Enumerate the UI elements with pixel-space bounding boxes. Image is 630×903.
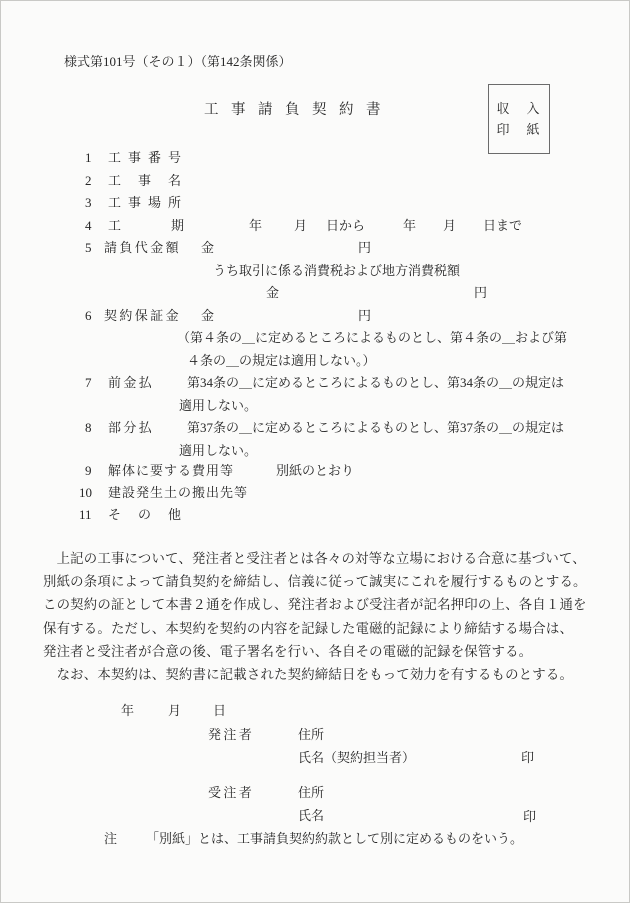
item-9-value: 別紙のとおり — [276, 464, 354, 477]
contract-date-day-label: 日 — [213, 704, 226, 717]
revenue-stamp-line-2: 印 紙 — [496, 119, 541, 140]
guarantee-paren-line-1: （第４条の＿に定めるところによるものとし、第４条の＿および第 — [177, 331, 567, 344]
item-4-label-ki: 期 — [171, 219, 184, 232]
contract-date-year-label: 年 — [121, 704, 134, 717]
orderer-role-label: 発注者 — [208, 728, 254, 741]
contractor-role-label: 受注者 — [208, 786, 254, 799]
item-5-number: 5 — [85, 241, 92, 254]
form-number-text: 様式第101号（その１）（第142条関係） — [64, 55, 292, 68]
agreement-paragraph: 上記の工事について、発注者と受注者とは各々の対等な立場における合意に基づいて、 … — [43, 547, 583, 686]
item-8-label: 部分払 — [108, 421, 154, 434]
item-1-label: 工事番号 — [108, 151, 188, 164]
orderer-name-label: 氏名（契約担当者） — [298, 751, 415, 764]
contract-date-month-label: 月 — [168, 704, 181, 717]
agreement-line: 上記の工事について、発注者と受注者とは各々の対等な立場における合意に基づいて、 — [43, 547, 583, 570]
item-6-number: 6 — [85, 309, 92, 322]
period-from-month-label: 月 — [294, 219, 307, 232]
item-10-label: 建設発生土の搬出先等 — [108, 486, 248, 499]
item-1-number: 1 — [85, 151, 92, 164]
item-9-number: 9 — [85, 464, 92, 477]
revenue-stamp-box: 収 入 印 紙 — [488, 84, 550, 154]
period-to-month-label: 月 — [443, 219, 456, 232]
note-marker: 注 — [104, 832, 117, 845]
item-9-label: 解体に要する費用等 — [108, 464, 234, 477]
contract-amount-yen-label: 円 — [358, 241, 371, 254]
guarantee-kin-label: 金 — [201, 309, 214, 322]
orderer-seal-mark: 印 — [521, 751, 534, 764]
item-3-number: 3 — [85, 196, 92, 209]
note-text: 「別紙」とは、工事請負契約約款として別に定めるものをいう。 — [146, 832, 523, 845]
item-2-number: 2 — [85, 174, 92, 187]
item-5-label: 請負代金額 — [104, 241, 181, 254]
document-title: 工事請負契約書 — [204, 103, 393, 118]
contract-form-page: 様式第101号（その１）（第142条関係） 工事請負契約書 収 入 印 紙 1 … — [0, 0, 630, 903]
agreement-line: 別紙の条項によって請負契約を締結し、信義に従って誠実にこれを履行するものとする。 — [43, 570, 583, 593]
item-8-text-line-2: 適用しない。 — [179, 444, 257, 457]
item-4-label-kou: 工 — [108, 219, 121, 232]
item-8-number: 8 — [85, 421, 92, 434]
item-7-text-line-2: 適用しない。 — [179, 399, 257, 412]
tax-amount-yen-label: 円 — [474, 286, 487, 299]
agreement-line: 発注者と受注者が合意の後、電子署名を行い、各自その電磁的記録を保管する。 — [43, 640, 583, 663]
guarantee-paren-line-2: ４条の＿の規定は適用しない。） — [187, 354, 376, 367]
item-8-text-line-1: 第37条の＿に定めるところによるものとし、第37条の＿の規定は — [187, 421, 564, 434]
item-11-label: その他 — [108, 508, 198, 521]
item-10-number: 10 — [79, 486, 92, 499]
item-6-label: 契約保証金 — [104, 309, 181, 322]
item-4-number: 4 — [85, 219, 92, 232]
revenue-stamp-line-1: 収 入 — [496, 98, 541, 119]
item-7-text-line-1: 第34条の＿に定めるところによるものとし、第34条の＿の規定は — [187, 376, 564, 389]
period-from-day-label: 日から — [326, 219, 365, 232]
period-from-year-label: 年 — [249, 219, 262, 232]
item-11-number: 11 — [79, 508, 92, 521]
agreement-line: なお、本契約は、契約書に記載された契約締結日をもって効力を有するものとする。 — [43, 663, 583, 686]
period-to-year-label: 年 — [403, 219, 416, 232]
guarantee-yen-label: 円 — [358, 309, 371, 322]
contractor-seal-mark: 印 — [523, 810, 536, 823]
contract-amount-kin-label: 金 — [201, 241, 214, 254]
item-2-label: 工事名 — [108, 174, 198, 187]
period-to-day-label: 日まで — [483, 219, 522, 232]
contractor-name-label: 氏名 — [298, 809, 324, 822]
agreement-line: この契約の証として本書２通を作成し、発注者および受注者が記名押印の上、各自１通を — [43, 593, 583, 616]
agreement-line: 保有する。ただし、本契約を契約の内容を記録した電磁的記録により締結する場合は、 — [43, 617, 583, 640]
contractor-address-label: 住所 — [298, 786, 324, 799]
item-7-label: 前金払 — [108, 376, 154, 389]
tax-amount-kin-label: 金 — [266, 286, 279, 299]
item-7-number: 7 — [85, 376, 92, 389]
orderer-address-label: 住所 — [298, 728, 324, 741]
tax-note-line: うち取引に係る消費税および地方消費税額 — [213, 264, 460, 277]
item-3-label: 工事場所 — [108, 196, 188, 209]
